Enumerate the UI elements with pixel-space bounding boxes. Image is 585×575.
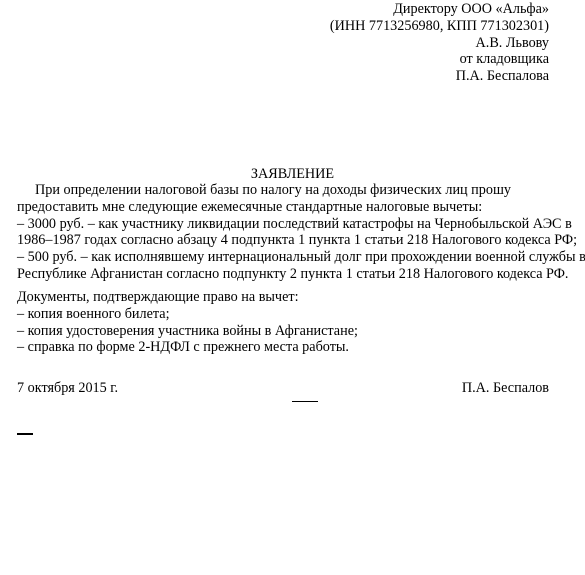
addressee-line-name: А.В. Львову bbox=[330, 35, 549, 52]
addressee-line-tax-ids: (ИНН 7713256980, КПП 771302301) bbox=[330, 18, 549, 35]
dash-mark bbox=[17, 433, 33, 435]
document-body: При определении налоговой базы по налогу… bbox=[17, 182, 557, 283]
supporting-documents: Документы, подтверждающие право на вычет… bbox=[17, 289, 358, 356]
body-line: – 3000 руб. – как участнику ликвидации п… bbox=[17, 216, 557, 233]
signature-name: П.А. Беспалов bbox=[462, 380, 549, 397]
documents-list-item: – справка по форме 2-НДФЛ с прежнего мес… bbox=[17, 339, 358, 356]
addressee-line-recipient: Директору ООО «Альфа» bbox=[330, 1, 549, 18]
signature-line bbox=[292, 401, 318, 402]
documents-list-item: – копия удостоверения участника войны в … bbox=[17, 323, 358, 340]
body-line: Республике Афганистан согласно подпункту… bbox=[17, 266, 557, 283]
documents-heading: Документы, подтверждающие право на вычет… bbox=[17, 289, 358, 306]
body-line: предоставить мне следующие ежемесячные с… bbox=[17, 199, 557, 216]
addressee-line-from: от кладовщика bbox=[330, 51, 549, 68]
body-line: 1986–1987 годах согласно абзацу 4 подпун… bbox=[17, 232, 557, 249]
addressee-block: Директору ООО «Альфа» (ИНН 7713256980, К… bbox=[330, 1, 549, 85]
body-line: При определении налоговой базы по налогу… bbox=[17, 182, 557, 199]
document-title: ЗАЯВЛЕНИЕ bbox=[0, 166, 585, 183]
documents-list-item: – копия военного билета; bbox=[17, 306, 358, 323]
body-line: – 500 руб. – как исполнявшему интернацио… bbox=[17, 249, 557, 266]
addressee-line-sender: П.А. Беспалова bbox=[330, 68, 549, 85]
document-date: 7 октября 2015 г. bbox=[17, 380, 118, 397]
